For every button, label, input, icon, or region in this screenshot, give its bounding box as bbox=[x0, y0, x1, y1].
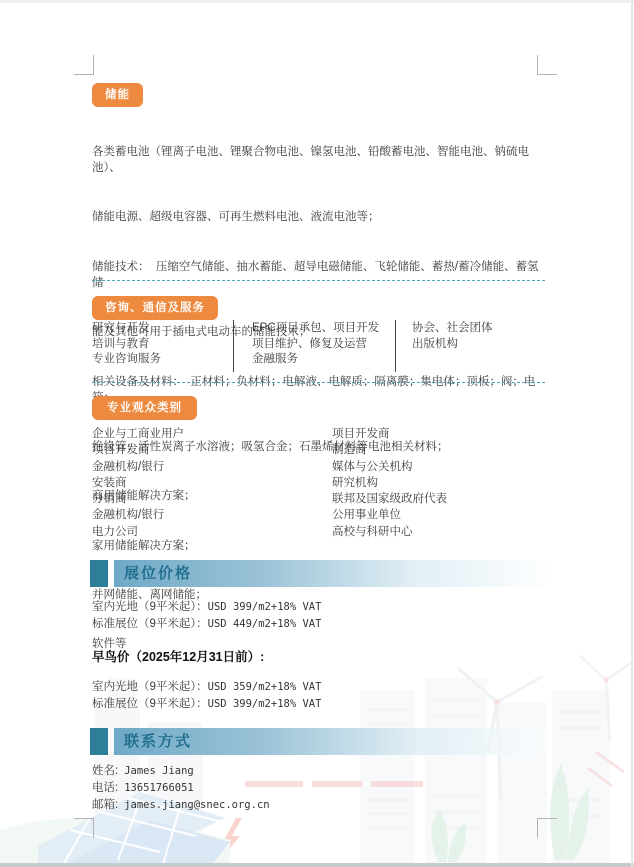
price-label: 室内光地（9平米起）： bbox=[92, 681, 208, 693]
corner-mark bbox=[74, 818, 94, 838]
visitor-item: 公用事业单位 bbox=[332, 507, 447, 523]
contact-title: 联系方式 bbox=[124, 728, 192, 755]
price-value: USD 449/m2+18% VAT bbox=[208, 618, 322, 630]
service-item: 专业咨询服务 bbox=[92, 352, 161, 368]
price-label: 标准展位（9平米起）： bbox=[92, 698, 208, 710]
visitors-column: 项目开发商 制造商 媒体与公关机构 研究机构 联邦及国家级政府代表 公用事业单位… bbox=[332, 426, 447, 540]
visitor-item: 项目开发商 bbox=[92, 442, 184, 458]
price-row: 标准展位（9平米起）：USD 399/m2+18% VAT bbox=[92, 696, 321, 713]
visitors-column: 企业与工商业用户 项目开发商 金融机构/银行 安装商 分销商 金融机构/银行 电… bbox=[92, 426, 184, 540]
visitor-item: 企业与工商业用户 bbox=[92, 426, 184, 442]
section-divider bbox=[92, 280, 545, 281]
contact-value: James Jiang bbox=[124, 765, 194, 777]
pricing-title: 展位价格 bbox=[124, 560, 192, 587]
price-row: 标准展位（9平米起）：USD 449/m2+18% VAT bbox=[92, 616, 321, 633]
price-label: 标准展位（9平米起）： bbox=[92, 618, 208, 630]
visitor-item: 联邦及国家级政府代表 bbox=[332, 491, 447, 507]
visitor-item: 研究机构 bbox=[332, 475, 447, 491]
service-item: 培训与教育 bbox=[92, 337, 161, 353]
storage-line: 各类蓄电池（锂离子电池、锂聚合物电池、镍氢电池、铅酸蓄电池、智能电池、钠硫电池）… bbox=[92, 144, 550, 177]
column-divider bbox=[233, 320, 234, 372]
services-column: EPC项目承包、项目开发 项目维护、修复及运营 金融服务 bbox=[252, 321, 379, 368]
contact-heading: 联系方式 bbox=[90, 728, 545, 755]
contact-label: 电话: bbox=[92, 782, 118, 794]
page-bottom-edge bbox=[0, 863, 634, 867]
section-divider bbox=[92, 382, 545, 383]
storage-line: 储能电源、超级电容器、可再生燃料电池、液流电池等； bbox=[92, 209, 550, 225]
service-item: 出版机构 bbox=[412, 337, 493, 353]
visitor-item: 高校与科研中心 bbox=[332, 524, 447, 540]
visitor-item: 金融机构/银行 bbox=[92, 459, 184, 475]
price-list: 室内光地（9平米起）：USD 399/m2+18% VAT 标准展位（9平米起）… bbox=[92, 599, 321, 633]
services-column: 研究与开发 培训与教育 专业咨询服务 bbox=[92, 321, 161, 368]
visitor-item: 安装商 bbox=[92, 475, 184, 491]
price-value: USD 399/m2+18% VAT bbox=[208, 601, 322, 613]
contact-value: 13651766051 bbox=[124, 782, 194, 794]
contact-list: 姓名:James Jiang 电话:13651766051 邮箱:james.j… bbox=[92, 763, 270, 813]
price-row: 室内光地（9平米起）：USD 399/m2+18% VAT bbox=[92, 599, 321, 616]
heading-square-icon bbox=[90, 560, 108, 587]
visitors-badge: 专业观众类别 bbox=[92, 396, 197, 420]
visitor-item: 金融机构/银行 bbox=[92, 507, 184, 523]
contact-label: 姓名: bbox=[92, 765, 118, 777]
heading-square-icon bbox=[90, 728, 108, 755]
contact-label: 邮箱: bbox=[92, 799, 118, 811]
pricing-heading: 展位价格 bbox=[90, 560, 545, 587]
service-item: 金融服务 bbox=[252, 352, 379, 368]
service-item: 研究与开发 bbox=[92, 321, 161, 337]
price-value: USD 399/m2+18% VAT bbox=[208, 698, 322, 710]
services-column: 协会、社会团体 出版机构 bbox=[412, 321, 493, 352]
contact-row: 邮箱:james.jiang@snec.org.cn bbox=[92, 797, 270, 814]
corner-mark bbox=[537, 55, 557, 75]
services-badge: 咨询、通信及服务 bbox=[92, 296, 218, 320]
visitor-item: 媒体与公关机构 bbox=[332, 459, 447, 475]
document-page: 储能 各类蓄电池（锂离子电池、锂聚合物电池、镍氢电池、铅酸蓄电池、智能电池、钠硫… bbox=[0, 0, 634, 867]
price-label: 室内光地（9平米起）： bbox=[92, 601, 208, 613]
storage-line: 储能技术： 压缩空气储能、抽水蓄能、超导电磁储能、飞轮储能、蓄热/蓄冷储能、蓄氢… bbox=[92, 259, 550, 292]
visitor-item: 电力公司 bbox=[92, 524, 184, 540]
contact-row: 姓名:James Jiang bbox=[92, 763, 270, 780]
corner-mark bbox=[74, 55, 94, 75]
contact-value: james.jiang@snec.org.cn bbox=[124, 799, 269, 811]
service-item: 项目维护、修复及运营 bbox=[252, 337, 379, 353]
visitor-item: 制造商 bbox=[332, 442, 447, 458]
contact-row: 电话:13651766051 bbox=[92, 780, 270, 797]
column-divider bbox=[395, 320, 396, 372]
early-bird-heading: 早鸟价（2025年12月31日前）: bbox=[92, 647, 264, 665]
visitor-item: 项目开发商 bbox=[332, 426, 447, 442]
visitor-item: 分销商 bbox=[92, 491, 184, 507]
service-item: 协会、社会团体 bbox=[412, 321, 493, 337]
storage-badge: 储能 bbox=[92, 83, 143, 107]
early-bird-price-list: 室内光地（9平米起）：USD 359/m2+18% VAT 标准展位（9平米起）… bbox=[92, 679, 321, 713]
price-row: 室内光地（9平米起）：USD 359/m2+18% VAT bbox=[92, 679, 321, 696]
price-value: USD 359/m2+18% VAT bbox=[208, 681, 322, 693]
service-item: EPC项目承包、项目开发 bbox=[252, 321, 379, 337]
page-right-edge bbox=[631, 0, 633, 867]
page-top-edge bbox=[0, 0, 634, 3]
corner-mark bbox=[537, 818, 557, 838]
